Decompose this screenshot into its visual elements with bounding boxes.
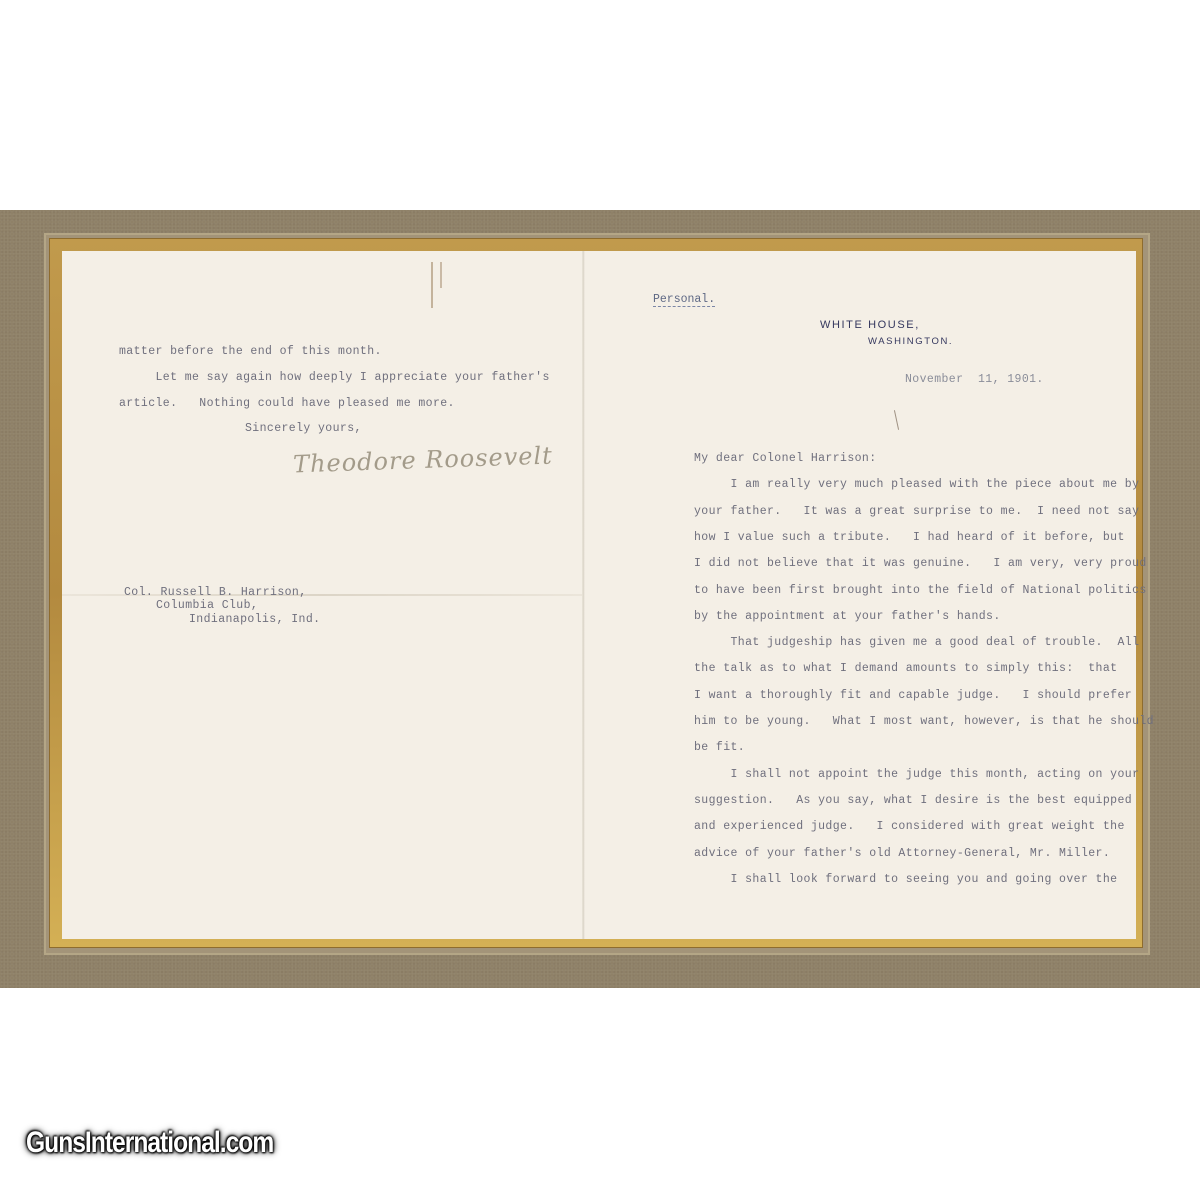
ink-mark (431, 262, 433, 308)
body-line: suggestion. As you say, what I desire is… (694, 794, 1132, 807)
body-line: I am really very much pleased with the p… (694, 478, 1139, 491)
letter-date: November 11, 1901. (905, 373, 1044, 386)
closing: Sincerely yours, (245, 422, 362, 435)
recipient-line: Columbia Club, (156, 599, 258, 612)
body-line: I shall not appoint the judge this month… (694, 768, 1139, 781)
recipient-line: Col. Russell B. Harrison, (124, 586, 307, 599)
right-page: My dear Colonel Harrison: I am really ve… (694, 0, 709, 234)
body-line: how I value such a tribute. I had heard … (694, 531, 1125, 544)
body-line: matter before the end of this month. (119, 345, 382, 358)
letterhead-line-1: WHITE HOUSE, (820, 319, 920, 331)
body-line: I shall look forward to seeing you and g… (694, 873, 1117, 886)
body-line: That judgeship has given me a good deal … (694, 636, 1139, 649)
body-line: be fit. (694, 741, 745, 754)
body-line: your father. It was a great surprise to … (694, 505, 1139, 518)
body-line: advice of your father's old Attorney-Gen… (694, 847, 1110, 860)
body-line: I did not believe that it was genuine. I… (694, 557, 1147, 570)
salutation: My dear Colonel Harrison: (694, 452, 877, 465)
ink-mark (440, 262, 442, 288)
personal-marking: Personal. (653, 293, 715, 307)
site-watermark-logo: GunsInternational.com (26, 1126, 273, 1160)
body-line: and experienced judge. I considered with… (694, 820, 1125, 833)
body-line: the talk as to what I demand amounts to … (694, 662, 1117, 675)
body-line: article. Nothing could have pleased me m… (119, 397, 455, 410)
body-line: by the appointment at your father's hand… (694, 610, 1001, 623)
body-line: I want a thoroughly fit and capable judg… (694, 689, 1132, 702)
letterhead-line-2: WASHINGTON. (868, 336, 953, 347)
body-line: Let me say again how deeply I appreciate… (119, 371, 550, 384)
body-line: to have been first brought into the fiel… (694, 584, 1147, 597)
recipient-address: Col. Russell B. Harrison, Columbia Club,… (124, 0, 139, 52)
body-line: him to be young. What I most want, howev… (694, 715, 1154, 728)
recipient-line: Indianapolis, Ind. (189, 613, 320, 626)
